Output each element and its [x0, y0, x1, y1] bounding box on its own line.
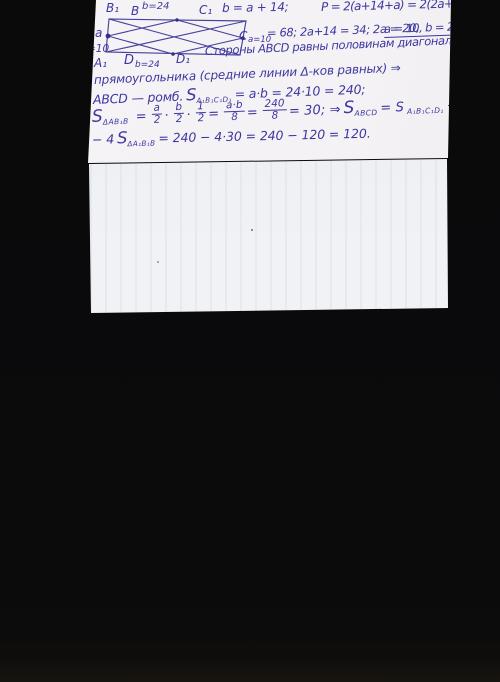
area-symbol: S [117, 128, 128, 147]
area-symbol: S [343, 97, 355, 117]
equals-s: = S [380, 100, 404, 116]
minus-sign: − [446, 98, 458, 113]
triangle-area-result: = 30; ⇒ [289, 102, 341, 119]
triangle-subscript: ΔAB₁B [103, 117, 129, 127]
final-triangle-subscript: ΔA₁B₁B [127, 138, 155, 148]
written-sheet: B₁ B b=24 C₁ a =10 C a=10 A₁ D b=24 D₁ b… [0, 0, 500, 682]
equals-sign: = [135, 109, 147, 124]
paper-speck [157, 261, 159, 263]
handwritten-perimeter-formula: P = 2(a+14+a) = 2(2a+14)= [321, 0, 481, 13]
fraction-b-2: b2 [173, 102, 185, 125]
label-point-d: D [124, 54, 134, 67]
label-b-equals-24-bottom: b=24 [135, 61, 160, 70]
label-point-c: C [239, 30, 247, 42]
equals-sign: = [247, 105, 259, 120]
label-b-equals-24-top: b=24 [142, 2, 169, 12]
dot-operator: · [186, 107, 191, 122]
equals-sign: = [208, 106, 220, 121]
final-lead: − 4 [92, 132, 114, 147]
fraction-240-8: 2408 [262, 98, 287, 122]
dot-operator: · [164, 108, 169, 123]
rect-subscript: A₁B₁C₁D₁ [407, 106, 444, 116]
handwritten-solve-result: a = 10, b = 24, [384, 21, 464, 35]
final-equation: = 240 − 4·30 = 240 − 120 = 120. [158, 126, 371, 146]
fraction-a-2: a2 [151, 103, 163, 126]
handwritten-given: b = a + 14; [222, 1, 289, 14]
area-symbol: S [92, 106, 104, 126]
label-corner-d1: D₁ [176, 53, 190, 65]
paper-speck [251, 229, 253, 231]
label-corner-c1: C₁ [199, 4, 212, 16]
fraction-1-2: 12 [195, 101, 207, 124]
fraction-ab-8: a·b8 [224, 100, 245, 124]
abcd-subscript: ABCD [354, 108, 377, 118]
label-corner-b1: B₁ [106, 2, 119, 14]
photo-of-handwritten-solution: B₁ B b=24 C₁ a =10 C a=10 A₁ D b=24 D₁ b… [0, 0, 500, 682]
label-corner-a1: A₁ [94, 57, 107, 69]
label-side-a: a [95, 27, 102, 39]
label-equals-10: =10 [87, 44, 109, 55]
label-point-b: B [131, 5, 139, 17]
